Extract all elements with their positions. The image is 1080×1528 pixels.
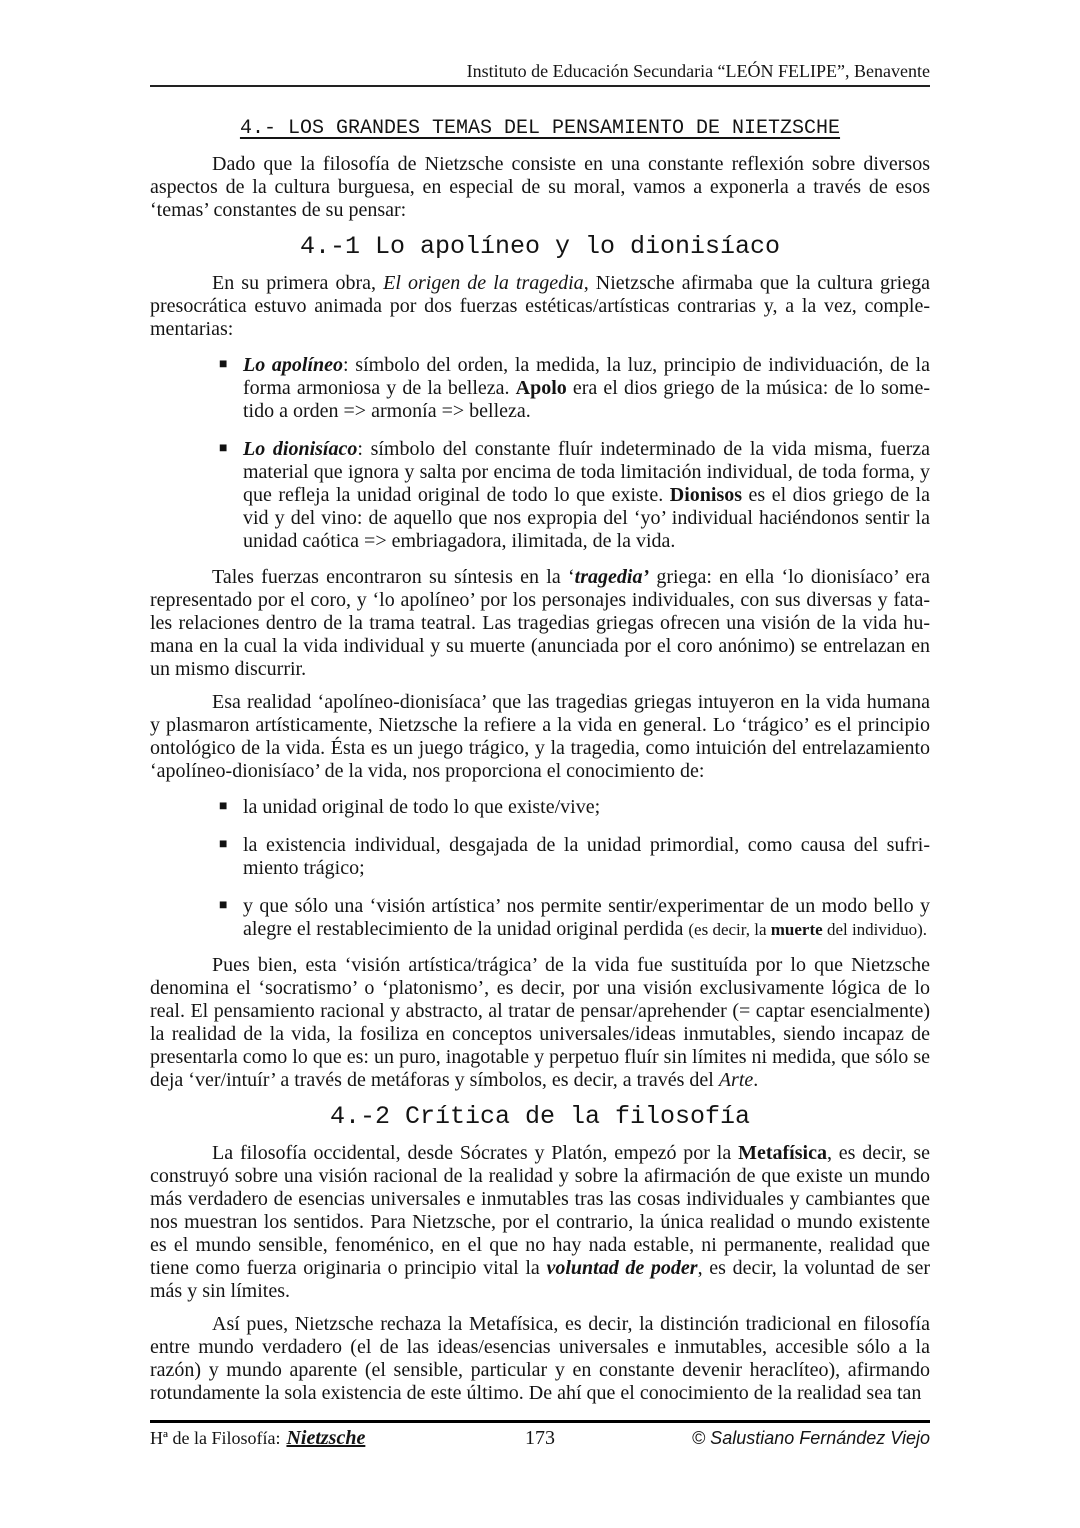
bullet-list-fuerzas: Lo apolíneo: símbolo del orden, la medid…: [243, 354, 930, 553]
copyright-notice: © Salustiano Fernández Viejo: [692, 1428, 930, 1449]
header-rule: [150, 85, 930, 87]
bullet-item-existencia: la existencia individual, desgajada de l…: [243, 834, 930, 880]
footer-course-title: Nietzsche: [286, 1427, 365, 1449]
main-title: 4.- LOS GRANDES TEMAS DEL PENSAMIENTO DE…: [150, 115, 930, 143]
paragraph-pues-bien: Pues bien, esta ‘visión artística/trágic…: [150, 954, 930, 1092]
document-header: Instituto de Educación Secundaria “LEÓN …: [150, 0, 930, 87]
paragraph-tales-fuerzas: Tales fuerzas encontraron su síntesis en…: [150, 566, 930, 681]
footer-course: Hª de la Filosofía:Nietzsche: [150, 1427, 365, 1450]
paragraph-intro: Dado que la filosofía de Nietzsche consi…: [150, 153, 930, 222]
section-heading-4-2: 4.-2 Crítica de la filosofía: [150, 1102, 930, 1132]
footer-course-label: Hª de la Filosofía:: [150, 1428, 280, 1448]
bullet-item-apolineo: Lo apolíneo: símbolo del orden, la medid…: [243, 354, 930, 423]
bullet-item-dionisiaco: Lo dionisíaco: símbolo del constante flu…: [243, 438, 930, 553]
bullet-item-unidad: la unidad original de todo lo que existe…: [243, 796, 930, 819]
paragraph-primera-obra: En su primera obra, El origen de la trag…: [150, 272, 930, 341]
paragraph-esa-realidad: Esa realidad ‘apolíneo-dionisíaca’ que l…: [150, 691, 930, 783]
document-page: Instituto de Educación Secundaria “LEÓN …: [0, 0, 1080, 1528]
document-footer: Hª de la Filosofía:Nietzsche 173 © Salus…: [150, 1420, 930, 1450]
page-number: 173: [525, 1427, 555, 1450]
paragraph-asi-pues: Así pues, Nietzsche rechaza la Metafísic…: [150, 1313, 930, 1405]
paragraph-la-filosofia: La filosofía occidental, desde Sócrates …: [150, 1142, 930, 1303]
bullet-item-vision-artistica: y que sólo una ‘visión artística’ nos pe…: [243, 895, 930, 941]
section-heading-4-1: 4.-1 Lo apolíneo y lo dionisíaco: [150, 232, 930, 262]
bullet-list-conocimiento: la unidad original de todo lo que existe…: [243, 796, 930, 941]
institute-name: Instituto de Educación Secundaria “LEÓN …: [150, 60, 930, 82]
